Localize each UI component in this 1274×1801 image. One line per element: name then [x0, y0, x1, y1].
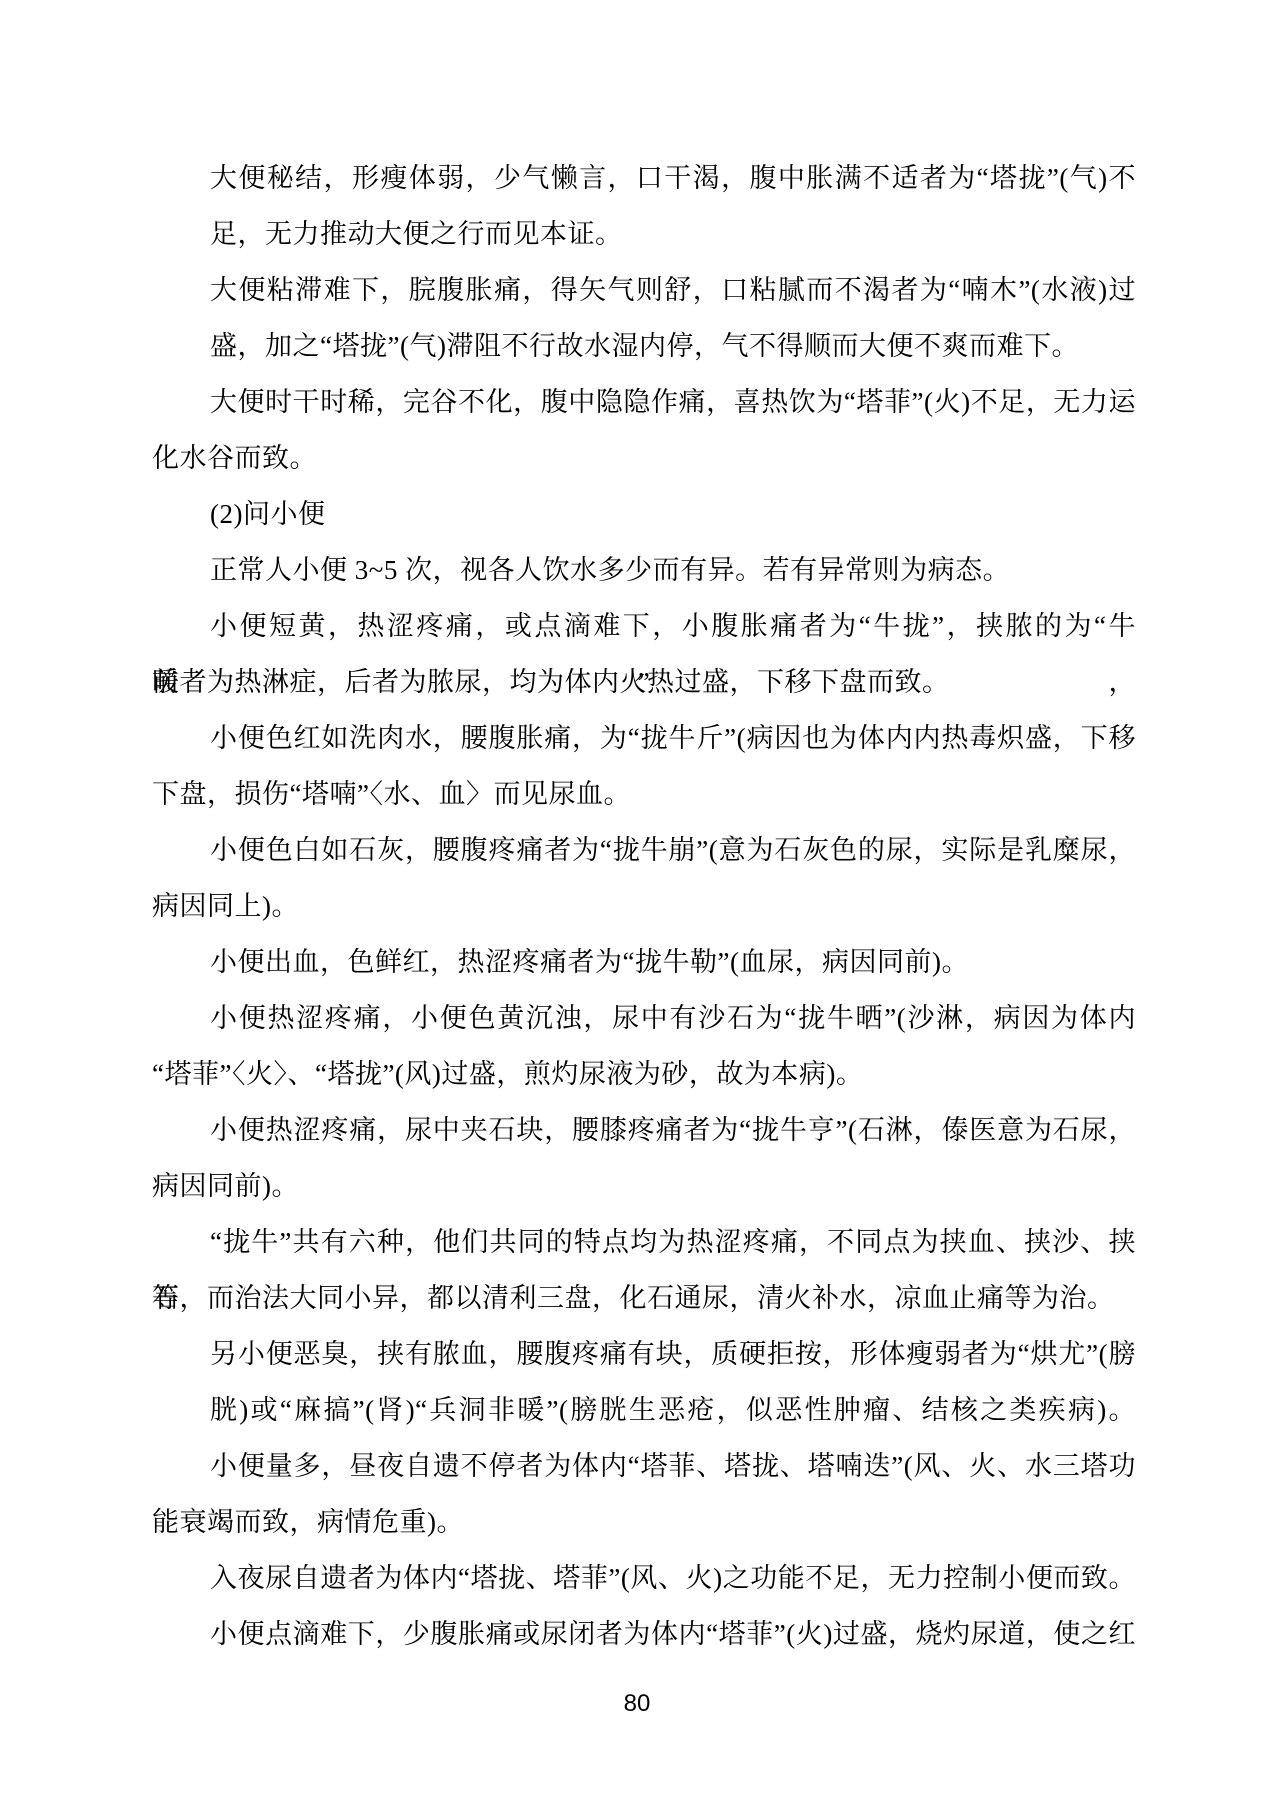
text-line: “塔菲”〈火〉、“塔拢”(风)过盛，煎灼尿液为砂，故为本病)。: [152, 1046, 1136, 1102]
text-line: 小便热涩疼痛，小便色黄沉浊，尿中有沙石为“拢牛晒”(沙淋，病因为体内: [152, 990, 1136, 1046]
text-line: 病因同前)。: [152, 1158, 1136, 1214]
text-line: 盛，加之“塔拢”(气)滞阻不行故水湿内停，气不得顺而大便不爽而难下。: [152, 318, 1136, 374]
text-line: 病因同上)。: [152, 878, 1136, 934]
document-page: 大便秘结，形瘦体弱，少气懒言，口干渴，腹中胀满不适者为“塔拢”(气)不足，无力推…: [0, 0, 1274, 1801]
text-line: 足，无力推动大便之行而见本证。: [152, 206, 1136, 262]
text-line: 小便短黄，热涩疼痛，或点滴难下，小腹胀痛者为“牛拢”，挟脓的为“牛暖”，: [152, 598, 1136, 654]
text-line: 小便色白如石灰，腰腹疼痛者为“拢牛崩”(意为石灰色的尿，实际是乳糜尿，: [152, 822, 1136, 878]
text-line: 小便出血，色鲜红，热涩疼痛者为“拢牛勒”(血尿，病因同前)。: [152, 934, 1136, 990]
text-line: 能衰竭而致，病情危重)。: [152, 1494, 1136, 1550]
text-line: “拢牛”共有六种，他们共同的特点均为热涩疼痛，不同点为挟血、挟沙、挟石: [152, 1214, 1136, 1270]
text-line: 化水谷而致。: [152, 430, 1136, 486]
text-line: 小便热涩疼痛，尿中夹石块，腰膝疼痛者为“拢牛亨”(石淋，傣医意为石尿，: [152, 1102, 1136, 1158]
text-line: 小便量多，昼夜自遗不停者为体内“塔菲、塔拢、塔喃迭”(风、火、水三塔功: [152, 1438, 1136, 1494]
page-text: 大便秘结，形瘦体弱，少气懒言，口干渴，腹中胀满不适者为“塔拢”(气)不足，无力推…: [152, 150, 1136, 1662]
text-line: 胱)或“麻搞”(肾)“兵洞非暖”(膀胱生恶疮，似恶性肿瘤、结核之类疾病)。: [152, 1382, 1136, 1438]
text-line: 入夜尿自遗者为体内“塔拢、塔菲”(风、火)之功能不足，无力控制小便而致。: [152, 1550, 1136, 1606]
text-line: 正常人小便 3~5 次，视各人饮水多少而有异。若有异常则为病态。: [152, 542, 1136, 598]
text-line: 下盘，损伤“塔喃”〈水、血〉而见尿血。: [152, 766, 1136, 822]
text-line: 小便点滴难下，少腹胀痛或尿闭者为体内“塔菲”(火)过盛，烧灼尿道，使之红: [152, 1606, 1136, 1662]
text-line: 另小便恶臭，挟有脓血，腰腹疼痛有块，质硬拒按，形体瘦弱者为“烘尤”(膀: [152, 1326, 1136, 1382]
text-line: 大便秘结，形瘦体弱，少气懒言，口干渴，腹中胀满不适者为“塔拢”(气)不: [152, 150, 1136, 206]
text-line: (2)问小便: [152, 486, 1136, 542]
text-line: 等，而治法大同小异，都以清利三盘，化石通尿，清火补水，凉血止痛等为治。: [152, 1270, 1136, 1326]
text-line: 大便粘滞难下，脘腹胀痛，得矢气则舒，口粘腻而不渴者为“喃木”(水液)过: [152, 262, 1136, 318]
text-line: 小便色红如洗肉水，腰腹胀痛，为“拢牛斤”(病因也为体内内热毒炽盛，下移: [152, 710, 1136, 766]
text-line: 大便时干时稀，完谷不化，腹中隐隐作痛，喜热饮为“塔菲”(火)不足，无力运: [152, 374, 1136, 430]
page-number: 80: [0, 1690, 1274, 1718]
